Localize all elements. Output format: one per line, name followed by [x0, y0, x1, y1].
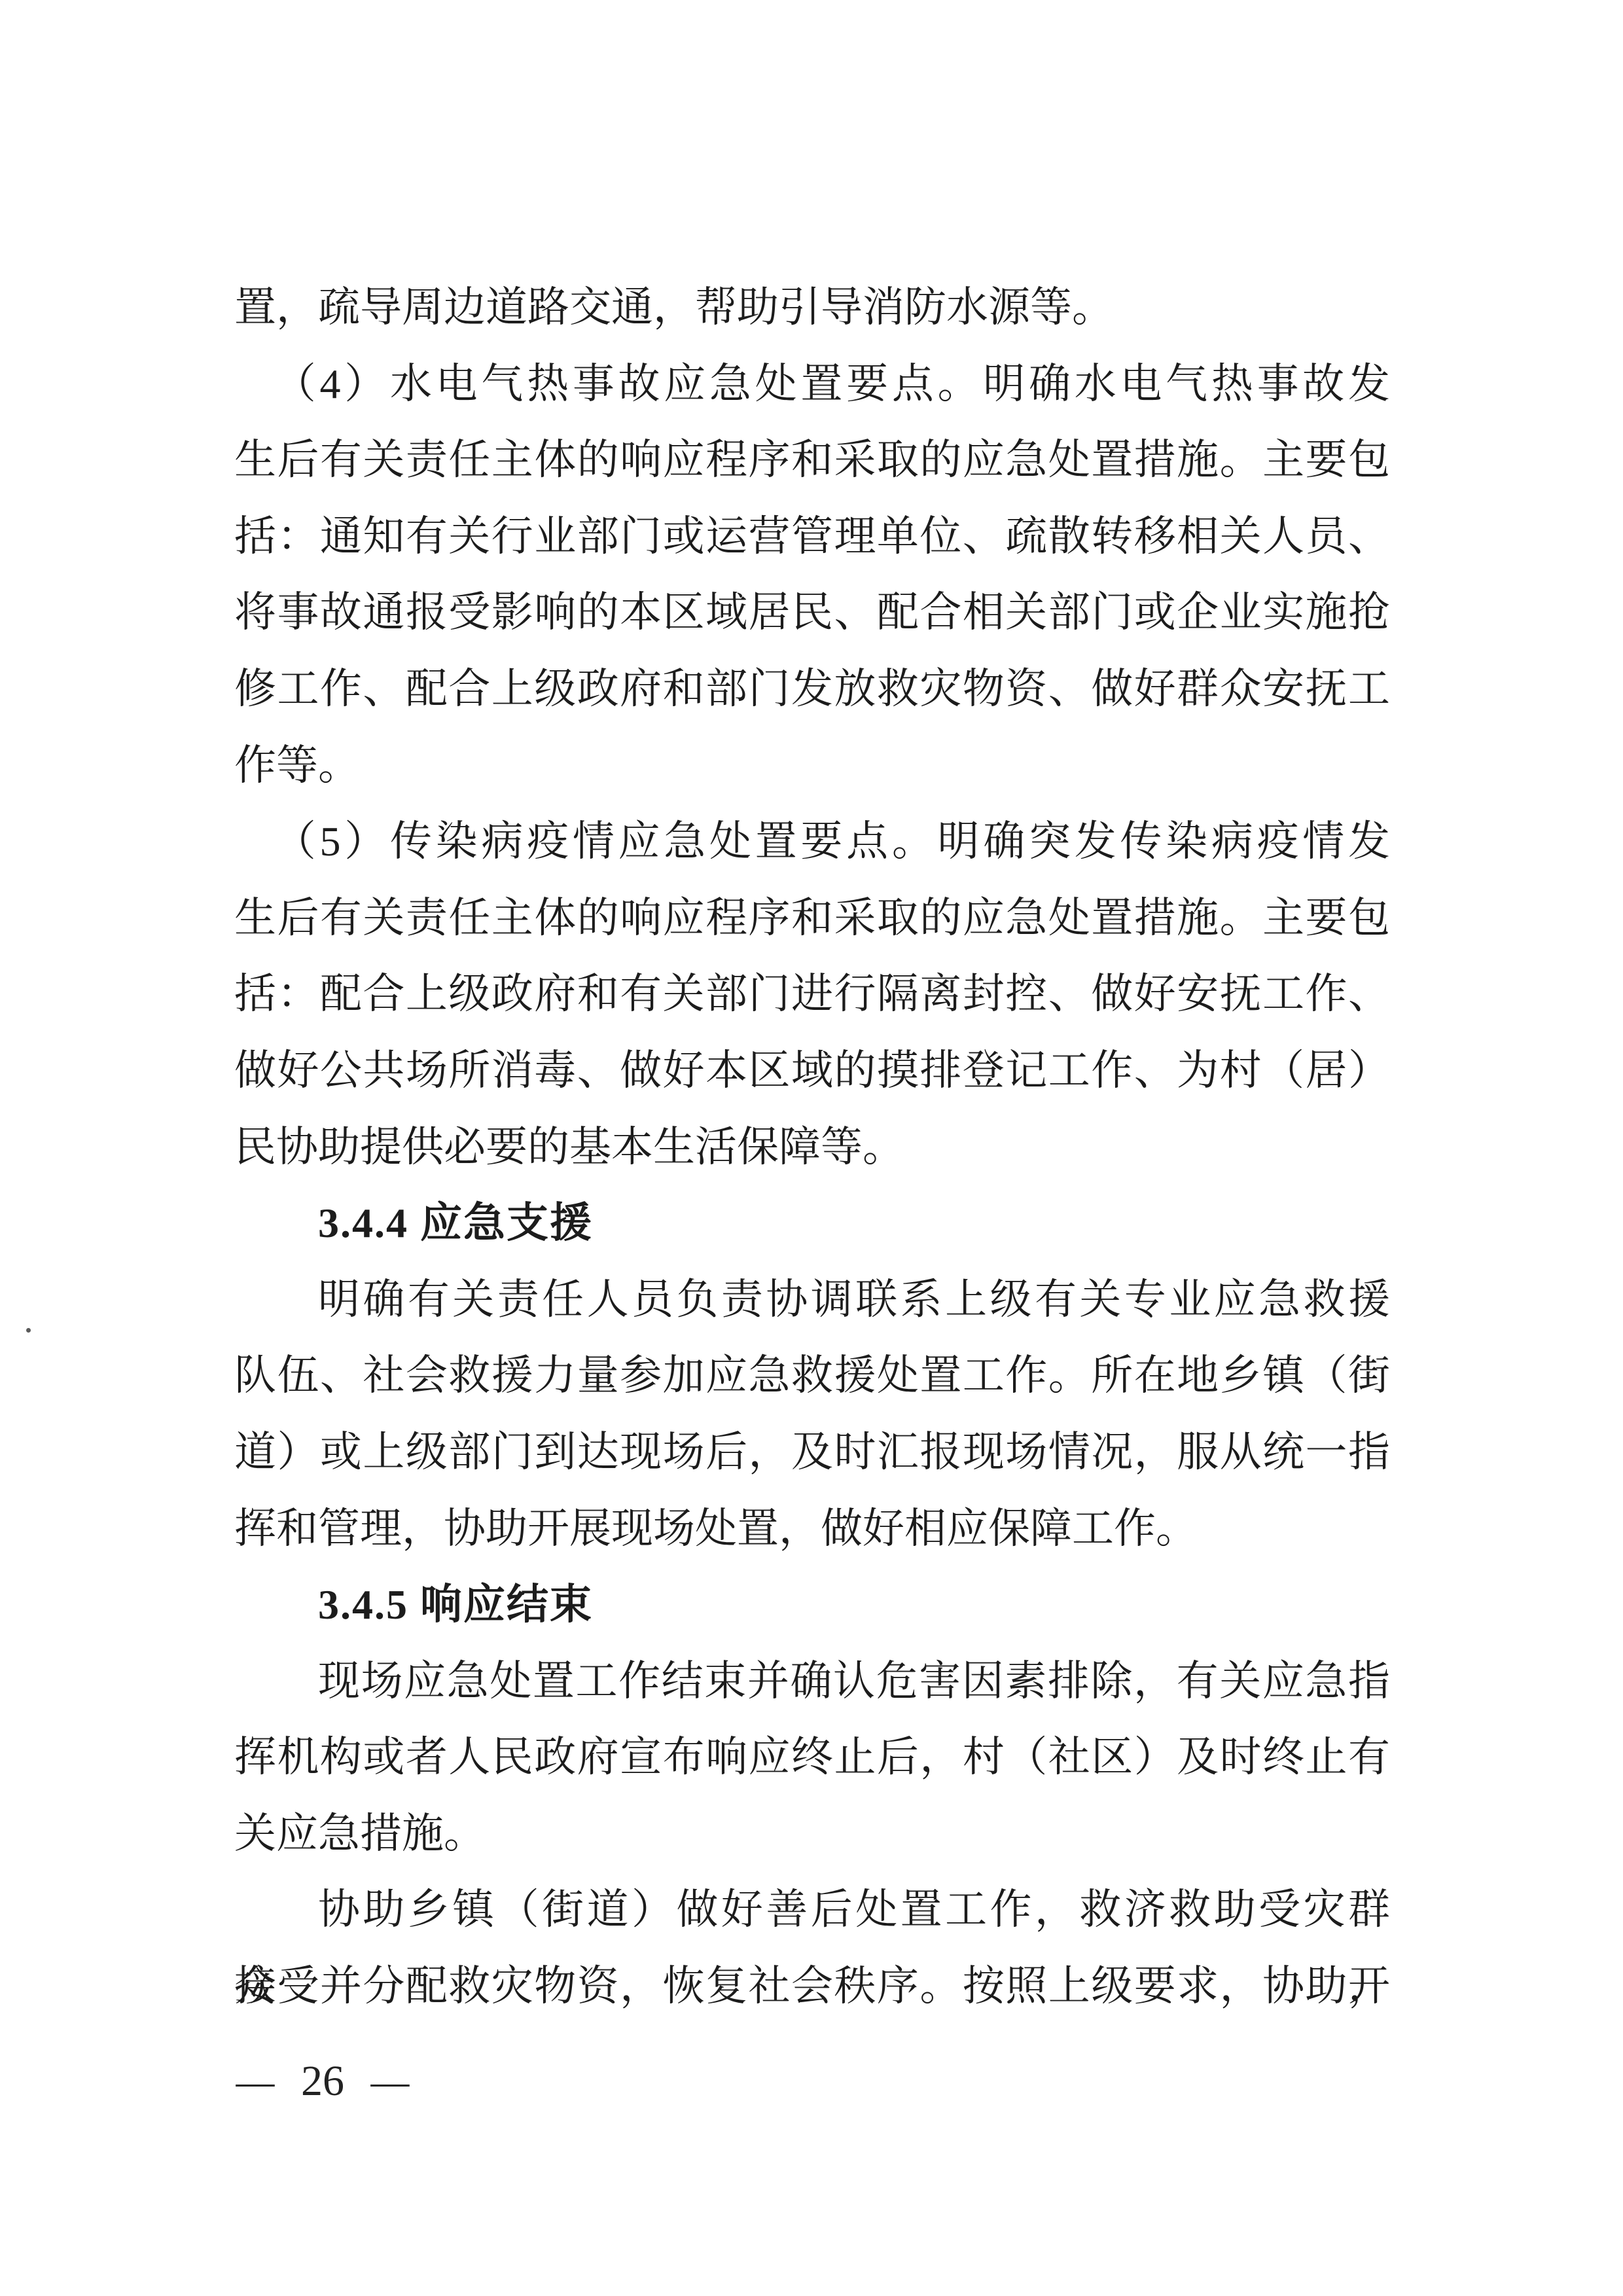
text-line: 民协助提供必要的基本生活保障等。: [234, 1109, 1390, 1186]
text-line: 明确有关责任人员负责协调联系上级有关专业应急救援: [234, 1262, 1390, 1338]
text-line: 队伍、社会救援力量参加应急救援处置工作。所在地乡镇（街: [234, 1338, 1390, 1414]
footer-dash-left: —: [236, 2060, 275, 2102]
section-heading: 3.4.5 响应结束: [234, 1567, 1390, 1643]
page-footer: — 26 —: [234, 2055, 411, 2108]
text-line: 挥和管理，协助开展现场处置，做好相应保障工作。: [234, 1491, 1390, 1568]
text-line: 置，疏导周边道路交通，帮助引导消防水源等。: [234, 270, 1390, 346]
text-line: 生后有关责任主体的响应程序和采取的应急处置措施。主要包: [234, 422, 1390, 499]
text-line: 括：配合上级政府和有关部门进行隔离封控、做好安抚工作、: [234, 956, 1390, 1033]
text-line: 关应急措施。: [234, 1796, 1390, 1873]
scan-speck-artifact: [26, 1328, 31, 1333]
text-line: 现场应急处置工作结束并确认危害因素排除，有关应急指: [234, 1643, 1390, 1720]
page-number: 26: [301, 2060, 344, 2102]
text-line: 括：通知有关行业部门或运营管理单位、疏散转移相关人员、: [234, 499, 1390, 575]
document-page: 置，疏导周边道路交通，帮助引导消防水源等。（4）水电气热事故应急处置要点。明确水…: [0, 0, 1623, 2296]
document-body: 置，疏导周边道路交通，帮助引导消防水源等。（4）水电气热事故应急处置要点。明确水…: [234, 270, 1390, 2025]
text-line: 将事故通报受影响的本区域居民、配合相关部门或企业实施抢: [234, 575, 1390, 651]
text-line: 接受并分配救灾物资，恢复社会秩序。按照上级要求，协助开: [234, 1948, 1390, 2025]
text-line: 作等。: [234, 728, 1390, 804]
text-line: （4）水电气热事故应急处置要点。明确水电气热事故发: [234, 346, 1390, 423]
footer-dash-right: —: [371, 2060, 410, 2102]
text-line: 道）或上级部门到达现场后，及时汇报现场情况，服从统一指: [234, 1414, 1390, 1491]
section-heading: 3.4.4 应急支援: [234, 1185, 1390, 1262]
text-line: 修工作、配合上级政府和部门发放救灾物资、做好群众安抚工: [234, 651, 1390, 728]
text-line: （5）传染病疫情应急处置要点。明确突发传染病疫情发: [234, 804, 1390, 880]
text-line: 协助乡镇（街道）做好善后处置工作，救济救助受灾群众，: [234, 1872, 1390, 1948]
text-line: 做好公共场所消毒、做好本区域的摸排登记工作、为村（居）: [234, 1033, 1390, 1109]
text-line: 挥机构或者人民政府宣布响应终止后，村（社区）及时终止有: [234, 1719, 1390, 1796]
text-line: 生后有关责任主体的响应程序和采取的应急处置措施。主要包: [234, 880, 1390, 957]
